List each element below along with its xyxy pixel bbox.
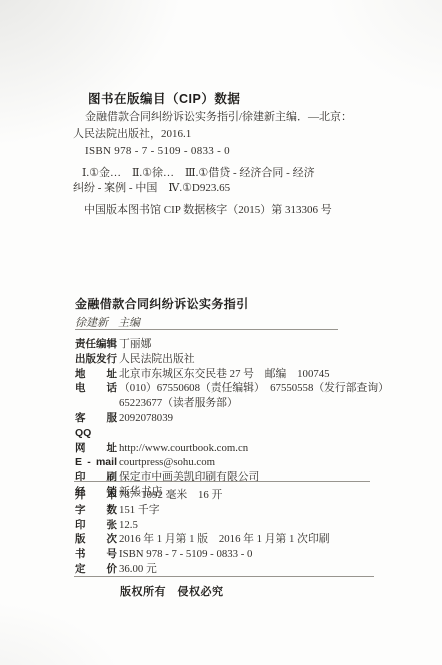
row-value: 保定市中画美凯印刷有限公司	[119, 470, 259, 485]
divider-above-format	[74, 481, 370, 482]
row-format: 开 本 787×1092 毫米 16 开	[75, 488, 405, 503]
author-line: 徐建新主编	[75, 314, 140, 330]
row-value: 2016 年 1 月第 1 版 2016 年 1 月第 1 次印刷	[119, 532, 330, 547]
row-label: 印 刷	[75, 470, 117, 485]
row-label: 网 址	[75, 441, 117, 456]
row-label: 书 号	[75, 547, 117, 562]
row-book-number: 书 号 ISBN 978 - 7 - 5109 - 0833 - 0	[75, 547, 405, 562]
row-value: 787×1092 毫米 16 开	[119, 488, 222, 503]
cip-classification-line-2: 纠纷 - 案例 - 中国 Ⅳ.①D923.65	[73, 182, 393, 195]
divider-above-footer	[74, 576, 374, 577]
row-label: E - mail	[75, 455, 117, 470]
row-label: 开 本	[75, 488, 117, 503]
row-value: 丁丽娜	[119, 337, 151, 352]
row-label: 责任编辑	[75, 337, 117, 352]
row-value: 151 千字	[119, 503, 160, 518]
row-value: ISBN 978 - 7 - 5109 - 0833 - 0	[119, 547, 252, 562]
row-sheets: 印 张 12.5	[75, 518, 405, 533]
row-value: 北京市东城区东交民巷 27 号 邮编 100745	[119, 367, 330, 382]
row-value: 36.00 元	[119, 562, 157, 577]
row-printer: 印 刷 保定市中画美凯印刷有限公司	[75, 470, 405, 485]
row-address: 地 址 北京市东城区东交民巷 27 号 邮编 100745	[75, 367, 405, 382]
row-label: 印 张	[75, 518, 117, 533]
row-label: 版 次	[75, 532, 117, 547]
cip-classification-line-1: Ⅰ.①金… Ⅱ.①徐… Ⅲ.①借贷 - 经济合同 - 经济	[73, 167, 402, 180]
cip-heading: 图书在版编目（CIP）数据	[88, 89, 240, 107]
row-editor: 责任编辑 丁丽娜	[75, 337, 405, 352]
row-label: 地 址	[75, 367, 117, 382]
row-email: E - mail courtpress@sohu.com	[75, 455, 405, 470]
row-price: 定 价 36.00 元	[75, 562, 405, 577]
format-info-list: 开 本 787×1092 毫米 16 开 字 数 151 千字 印 张 12.5…	[75, 488, 405, 577]
row-value: courtpress@sohu.com	[119, 455, 215, 470]
row-publisher: 出版发行 人民法院出版社	[75, 352, 405, 367]
row-label: 电 话	[75, 381, 117, 396]
row-value: 65223677（读者服务部）	[119, 396, 238, 411]
row-value: （010）67550608（责任编辑） 67550558（发行部查询）	[119, 381, 389, 396]
row-word-count: 字 数 151 千字	[75, 503, 405, 518]
row-value: 人民法院出版社	[119, 352, 195, 367]
row-value: http://www.courtbook.com.cn	[119, 441, 248, 456]
row-value: 2092078039	[119, 411, 173, 441]
divider-under-title	[75, 329, 338, 330]
row-telephone: 电 话 （010）67550608（责任编辑） 67550558（发行部查询）	[75, 381, 405, 396]
book-copyright-page: 图书在版编目（CIP）数据 金融借款合同纠纷诉讼实务指引/徐建新主编．—北京： …	[0, 0, 442, 665]
cip-entry-line-1: 金融借款合同纠纷诉讼实务指引/徐建新主编．—北京：	[73, 111, 405, 124]
publication-info-list: 责任编辑 丁丽娜 出版发行 人民法院出版社 地 址 北京市东城区东交民巷 27 …	[75, 337, 405, 500]
row-label: 字 数	[75, 503, 117, 518]
author-role: 主编	[118, 317, 140, 329]
book-title: 金融借款合同纠纷诉讼实务指引	[75, 295, 249, 312]
row-telephone-continued: 65223677（读者服务部）	[75, 396, 405, 411]
author-name: 徐建新	[75, 317, 108, 329]
row-edition: 版 次 2016 年 1 月第 1 版 2016 年 1 月第 1 次印刷	[75, 532, 405, 547]
row-service-qq: 客 服 QQ 2092078039	[75, 411, 405, 441]
cip-isbn-line: ISBN 978 - 7 - 5109 - 0833 - 0	[73, 145, 405, 158]
cip-entry-line-2: 人民法院出版社，2016.1	[73, 128, 393, 141]
copyright-notice: 版权所有 侵权必究	[120, 583, 224, 599]
row-label: 客 服 QQ	[75, 411, 117, 441]
row-label: 出版发行	[75, 352, 117, 367]
row-label: 定 价	[75, 562, 117, 577]
row-value: 12.5	[119, 518, 138, 533]
cip-record-number-line: 中国版本图书馆 CIP 数据核字（2015）第 313306 号	[73, 204, 404, 217]
row-label-empty	[75, 396, 117, 411]
row-website: 网 址 http://www.courtbook.com.cn	[75, 441, 405, 456]
